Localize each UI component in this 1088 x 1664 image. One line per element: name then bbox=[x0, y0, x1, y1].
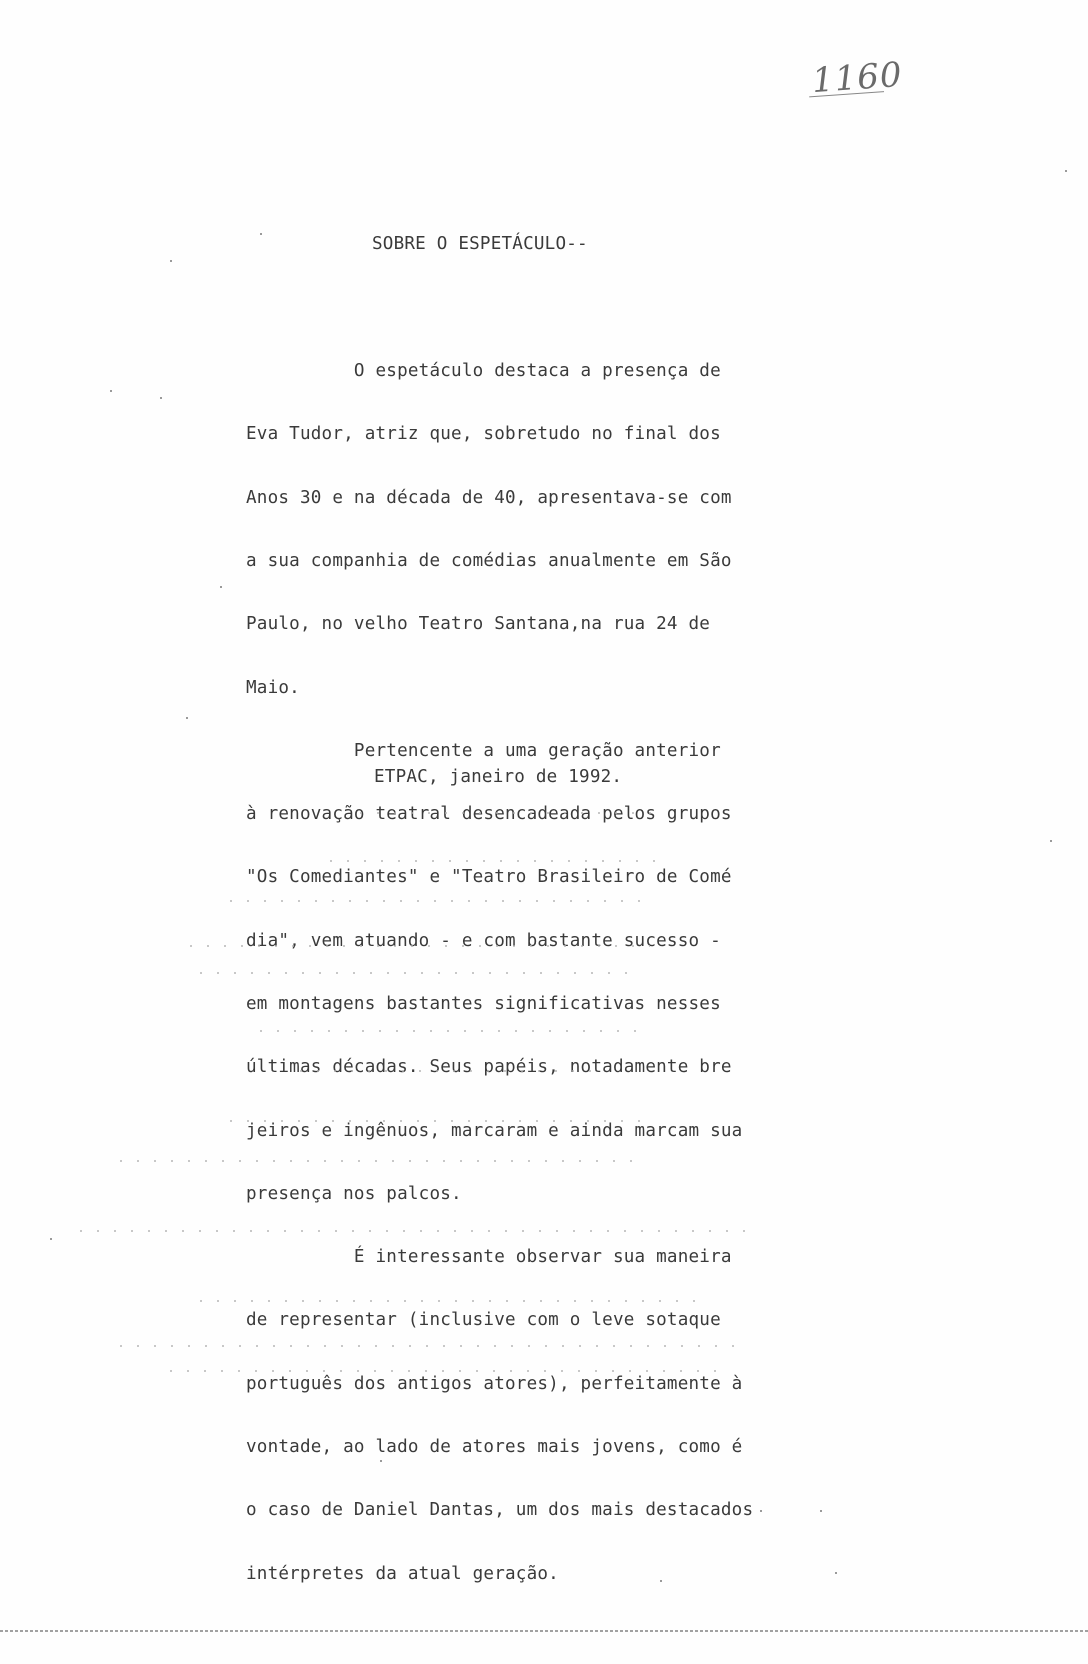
body-line: É interessante observar sua maneira bbox=[246, 1247, 753, 1268]
body-line: dia", vem atuando - e com bastante suces… bbox=[246, 931, 753, 952]
scanned-document-page: 1160 SOBRE O ESPETÁCULO-- O espetáculo d… bbox=[0, 0, 1088, 1664]
body-line: Anos 30 e na década de 40, apresentava-s… bbox=[246, 488, 753, 509]
document-signoff: ETPAC, janeiro de 1992. bbox=[374, 767, 622, 787]
body-line: O espetáculo destaca a presença de bbox=[246, 361, 753, 382]
scan-speck bbox=[820, 1510, 822, 1512]
scan-noise bbox=[360, 812, 660, 814]
scan-speck bbox=[186, 717, 188, 719]
body-line: presença nos palcos. bbox=[246, 1184, 753, 1205]
body-line: últimas décadas. Seus papéis, notadament… bbox=[246, 1057, 753, 1078]
document-title: SOBRE O ESPETÁCULO-- bbox=[372, 234, 588, 254]
body-line: vontade, ao lado de atores mais jovens, … bbox=[246, 1437, 753, 1458]
body-line: de representar (inclusive com o leve sot… bbox=[246, 1310, 753, 1331]
scan-edge-line bbox=[0, 1630, 1088, 1632]
page-number-text: 1160 bbox=[811, 55, 904, 101]
body-line: à renovação teatral desencadeada pelos g… bbox=[246, 804, 753, 825]
scan-noise bbox=[300, 1070, 600, 1072]
body-line: Eva Tudor, atriz que, sobretudo no final… bbox=[246, 424, 753, 445]
scan-speck bbox=[170, 260, 172, 262]
scan-speck bbox=[380, 1460, 382, 1462]
scan-noise bbox=[170, 1370, 730, 1372]
scan-noise bbox=[80, 1230, 760, 1232]
scan-speck bbox=[1065, 170, 1067, 172]
body-line: Paulo, no velho Teatro Santana,na rua 24… bbox=[246, 614, 753, 635]
scan-noise bbox=[120, 1160, 640, 1162]
body-line: a sua companhia de comédias anualmente e… bbox=[246, 551, 753, 572]
body-line: jeiros e ingênuos, marcaram e ainda marc… bbox=[246, 1121, 753, 1142]
body-line: Pertencente a uma geração anterior bbox=[246, 741, 753, 762]
scan-speck bbox=[1050, 840, 1052, 842]
body-line: o caso de Daniel Dantas, um dos mais des… bbox=[246, 1500, 753, 1521]
scan-speck bbox=[835, 1572, 837, 1574]
scan-speck bbox=[160, 397, 162, 399]
scan-speck bbox=[660, 1580, 662, 1582]
scan-noise bbox=[230, 900, 650, 902]
body-line: Maio. bbox=[246, 678, 753, 699]
scan-noise bbox=[230, 1120, 650, 1122]
scan-speck bbox=[50, 1238, 52, 1240]
scan-speck bbox=[220, 586, 222, 588]
scan-noise bbox=[200, 1300, 700, 1302]
scan-noise bbox=[200, 972, 640, 974]
scan-speck bbox=[760, 1510, 762, 1512]
scan-noise bbox=[120, 1345, 740, 1347]
scan-noise bbox=[190, 945, 650, 947]
handwritten-page-number: 1160 bbox=[811, 55, 904, 101]
body-line: intérpretes da atual geração. bbox=[246, 1564, 753, 1585]
scan-noise bbox=[330, 860, 660, 862]
body-line: "Os Comediantes" e "Teatro Brasileiro de… bbox=[246, 867, 753, 888]
scan-noise bbox=[260, 1030, 640, 1032]
body-line: em montagens bastantes significativas ne… bbox=[246, 994, 753, 1015]
scan-speck bbox=[260, 233, 262, 235]
body-line: português dos antigos atores), perfeitam… bbox=[246, 1374, 753, 1395]
scan-speck bbox=[110, 390, 112, 392]
